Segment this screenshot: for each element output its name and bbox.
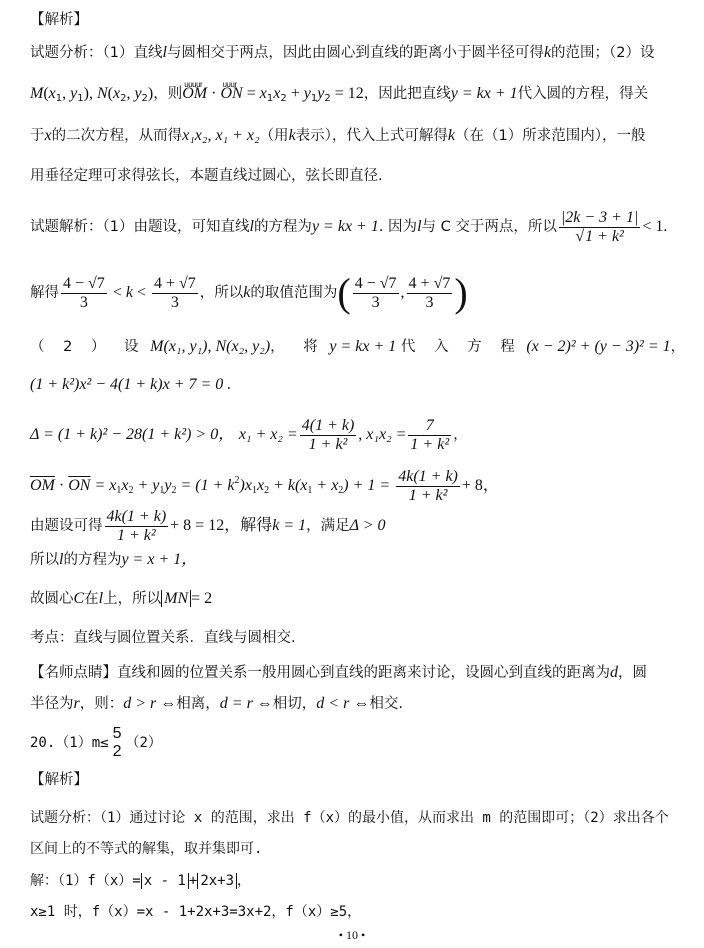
teacher-note-line-1: 【名师点睛】直线和圆的位置关系一般用圆心到直线的距离来讨论，设圆心到直线的距离为… xyxy=(30,663,647,683)
q20-solution-line-2: x≥1 时，f（x）=x - 1+2x+3=3x+2，f（x）≥5， xyxy=(30,902,361,922)
analysis-header: 【解析】 xyxy=(30,10,88,30)
q20-analysis-line-1: 试题分析：（1）通过讨论 x 的范围，求出 f（x）的最小值，从而求出 m 的范… xyxy=(30,808,669,828)
key-point: 考点：直线与圆位置关系．直线与圆相交. xyxy=(30,628,296,648)
q20-analysis-line-2: 区间上的不等式的解集，取并集即可. xyxy=(30,839,262,859)
analysis-line-3: 于x的二次方程，从而得x₁x₂, x₁ + x₂（用k表示），代入上式可解得k（… xyxy=(30,126,646,146)
teacher-note-line-2: 半径为r，则：d > r ⇔相离，d = r ⇔相切，d < r ⇔相交. xyxy=(30,694,403,714)
solution-line-2: 解得4 − √73 < k < 4 + √73，所以k的取值范围为(4 − √7… xyxy=(30,266,468,320)
analysis-line-1: 试题分析：（1）直线l与圆相交于两点，因此由圆心到直线的距离小于圆半径可得k的范… xyxy=(30,43,655,63)
solution-line-4: (1 + k²)x² − 4(1 + k)x + 7 = 0 . xyxy=(30,375,231,395)
q20-analysis-header: 【解析】 xyxy=(30,770,88,790)
distance-fraction: |2k − 3 + 1|√1 + k² xyxy=(559,209,641,246)
q20-solution-line-1: 解：（1）f（x）=x - 1+2x+3， xyxy=(30,871,251,891)
solution-line-3: （ 2 ） 设 M(x₁, y₁), N(x₂, y₂)， 将 y = kx +… xyxy=(30,337,704,357)
solution-line-8: 所以l的方程为y = x + 1， xyxy=(30,550,197,570)
vector-ON: uuurON xyxy=(220,84,242,104)
page-number: • 10 • xyxy=(0,928,704,943)
solution-line-1: 试题解析：（1）由题设，可知直线l的方程为y = kx + 1. 因为l与 C … xyxy=(30,200,667,254)
q20-answer: 20.（1）m≤52（2） xyxy=(30,722,162,764)
analysis-line-4: 用垂径定理可求得弦长，本题直线过圆心，弦长即直径. xyxy=(30,166,383,186)
analysis-line-2: M(x1, y1), N(x2, y2)，则uuuurOM · uuurON =… xyxy=(30,84,648,109)
solution-line-5: Δ = (1 + k)² − 28(1 + k²) > 0， x₁ + x₂ =… xyxy=(30,412,468,458)
vector-OM: uuuurOM xyxy=(182,84,207,104)
solution-line-7: 由题设可得4k(1 + k)1 + k²+ 8 = 12，解得k = 1，满足Δ… xyxy=(30,503,386,549)
solution-line-9: 故圆心C在l上，所以MN= 2 xyxy=(30,589,212,609)
